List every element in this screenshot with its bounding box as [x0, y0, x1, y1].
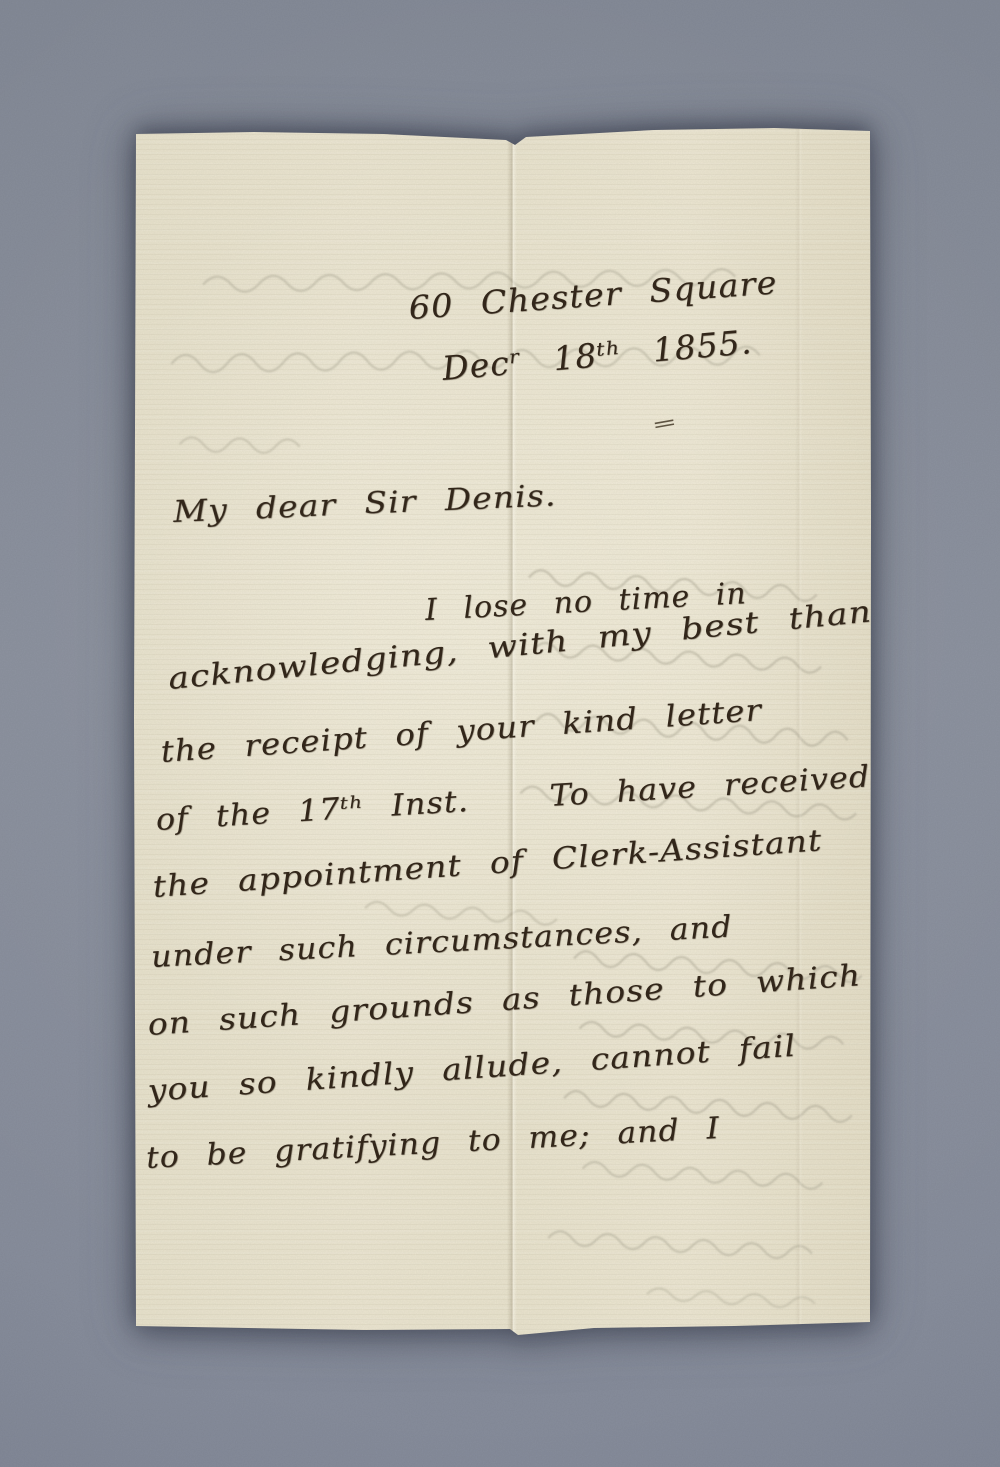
body-line-9: to be gratifying to me; and I	[145, 1111, 721, 1176]
date-line: Decʳ 18ᵗʰ 1855.	[441, 322, 754, 388]
date-flourish: =	[650, 409, 680, 437]
body-line-8: you so kindly allude, cannot fail	[147, 1029, 798, 1109]
photo-background: 60 Chester Square Decʳ 18ᵗʰ 1855. = My d…	[0, 0, 1000, 1467]
body-line-6: under such circumstances, and	[150, 910, 733, 975]
body-line-5: the appointment of Clerk-Assistant	[152, 823, 824, 905]
address-line: 60 Chester Square	[407, 263, 778, 327]
letter-paper-wrap: 60 Chester Square Decʳ 18ᵗʰ 1855. = My d…	[134, 119, 871, 1336]
right-fold-crease	[795, 119, 803, 1336]
body-line-3: the receipt of your kind letter	[160, 693, 764, 770]
letter-paper: 60 Chester Square Decʳ 18ᵗʰ 1855. = My d…	[134, 119, 871, 1336]
salutation-line: My dear Sir Denis.	[172, 478, 557, 530]
body-line-7: on such grounds as those to which	[147, 958, 863, 1043]
